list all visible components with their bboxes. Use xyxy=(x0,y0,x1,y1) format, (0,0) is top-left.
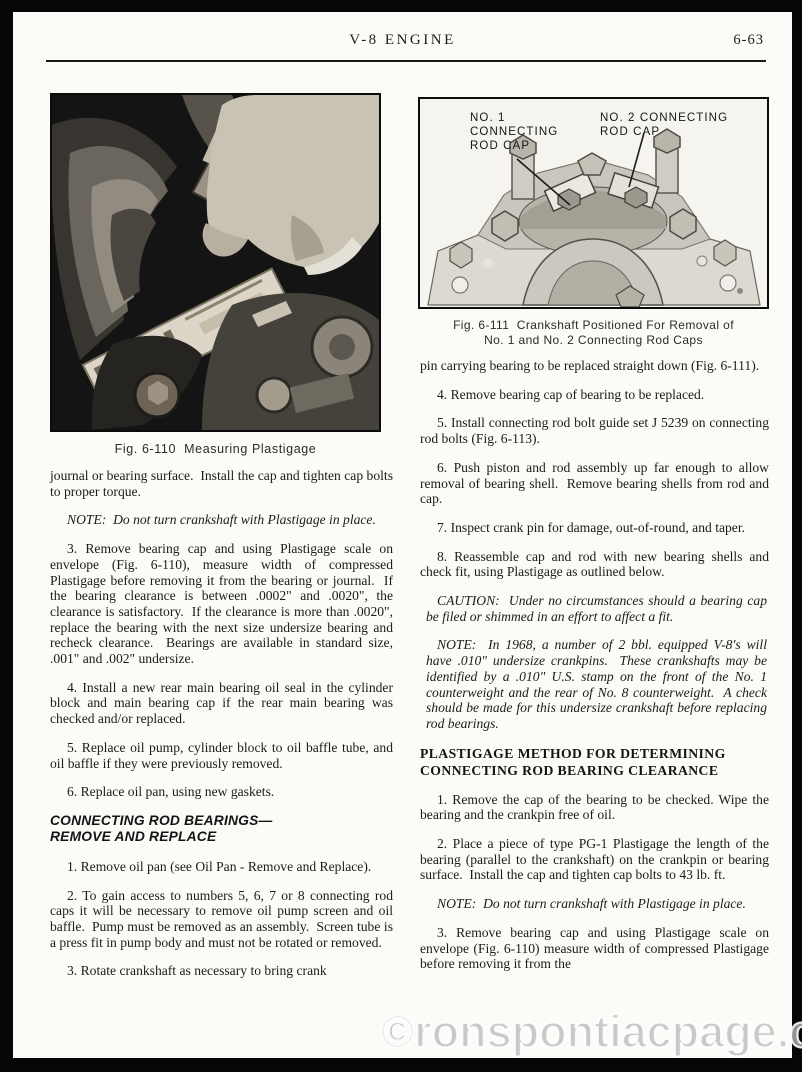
right-column: pin carrying bearing to be replaced stra… xyxy=(420,358,769,985)
heading-plastigage-method: PLASTIGAGE METHOD FOR DETERMINING CONNEC… xyxy=(420,745,769,779)
label-no2-line1: NO. 2 CONNECTING xyxy=(600,111,728,125)
pm-step-2: 2. Place a piece of type PG-1 Plastigage… xyxy=(420,836,769,883)
watermark-ronspontiacpage: ©ronspontiacpage.com xyxy=(381,1006,802,1058)
pm-step-3: 3. Remove bearing cap and using Plastiga… xyxy=(420,925,769,972)
heading-plastigage-method-line1: PLASTIGAGE METHOD FOR DETERMINING xyxy=(420,745,769,762)
header-rule xyxy=(46,60,766,62)
rr-step-5: 5. Install connecting rod bolt guide set… xyxy=(420,415,769,446)
rr-step-6: 6. Push piston and rod assembly up far e… xyxy=(420,460,769,507)
rr-step-8: 8. Reassemble cap and rod with new beari… xyxy=(420,549,769,580)
figure-6-111-photo: NO. 1 CONNECTING ROD CAP NO. 2 CONNECTIN… xyxy=(418,97,769,309)
step-4-oil-seal: 4. Install a new rear main bearing oil s… xyxy=(50,680,393,727)
note-plastigage-2: NOTE: Do not turn crankshaft with Plasti… xyxy=(426,896,767,912)
figure-6-110-caption: Fig. 6-110 Measuring Plastigage xyxy=(50,442,381,456)
label-no2-connecting-rod-cap: NO. 2 CONNECTING ROD CAP xyxy=(600,111,728,139)
scanned-manual-page: { "header": { "title": "V-8 ENGINE", "pa… xyxy=(0,0,802,1072)
paragraph-pin-carrying: pin carrying bearing to be replaced stra… xyxy=(420,358,769,374)
label-no1-line3: ROD CAP xyxy=(470,139,558,153)
step-6-oil-pan: 6. Replace oil pan, using new gaskets. xyxy=(50,784,393,800)
caution-bearing-cap: CAUTION: Under no circumstances should a… xyxy=(426,593,767,624)
step-5-oil-pump: 5. Replace oil pump, cylinder block to o… xyxy=(50,740,393,771)
figure-6-111-caption: Fig. 6-111 Crankshaft Positioned For Rem… xyxy=(418,318,769,348)
rr-step-2: 2. To gain access to numbers 5, 6, 7 or … xyxy=(50,888,393,951)
heading-plastigage-method-line2: CONNECTING ROD BEARING CLEARANCE xyxy=(420,762,769,779)
figure-6-111-caption-line1: Fig. 6-111 Crankshaft Positioned For Rem… xyxy=(418,318,769,333)
page-title: V-8 ENGINE xyxy=(13,32,792,49)
label-no1-connecting-rod-cap: NO. 1 CONNECTING ROD CAP xyxy=(470,111,558,153)
page: V-8 ENGINE 6-63 xyxy=(13,12,792,1058)
plastigage-photo-illustration xyxy=(52,95,379,430)
label-no2-line2: ROD CAP xyxy=(600,125,728,139)
paragraph-journal: journal or bearing surface. Install the … xyxy=(50,468,393,499)
note-plastigage: NOTE: Do not turn crankshaft with Plasti… xyxy=(56,512,391,528)
rr-step-4: 4. Remove bearing cap of bearing to be r… xyxy=(420,387,769,403)
page-number: 6-63 xyxy=(733,32,764,49)
label-no1-line1: NO. 1 xyxy=(470,111,558,125)
heading-connecting-rod-bearings-line1: CONNECTING ROD BEARINGS— xyxy=(50,813,393,830)
note-1968-crankpins: NOTE: In 1968, a number of 2 bbl. equipp… xyxy=(426,637,767,731)
pm-step-1: 1. Remove the cap of the bearing to be c… xyxy=(420,792,769,823)
rr-step-3: 3. Rotate crankshaft as necessary to bri… xyxy=(50,963,393,979)
heading-connecting-rod-bearings: CONNECTING ROD BEARINGS— REMOVE AND REPL… xyxy=(50,813,393,846)
label-no1-line2: CONNECTING xyxy=(470,125,558,139)
rr-step-1: 1. Remove oil pan (see Oil Pan - Remove … xyxy=(50,859,393,875)
figure-6-110-photo xyxy=(50,93,381,432)
rr-step-7: 7. Inspect crank pin for damage, out-of-… xyxy=(420,520,769,536)
step-3-measure: 3. Remove bearing cap and using Plastiga… xyxy=(50,541,393,667)
figure-6-111-caption-line2: No. 1 and No. 2 Connecting Rod Caps xyxy=(418,333,769,348)
heading-connecting-rod-bearings-line2: REMOVE AND REPLACE xyxy=(50,829,393,846)
left-column: journal or bearing surface. Install the … xyxy=(50,468,393,992)
